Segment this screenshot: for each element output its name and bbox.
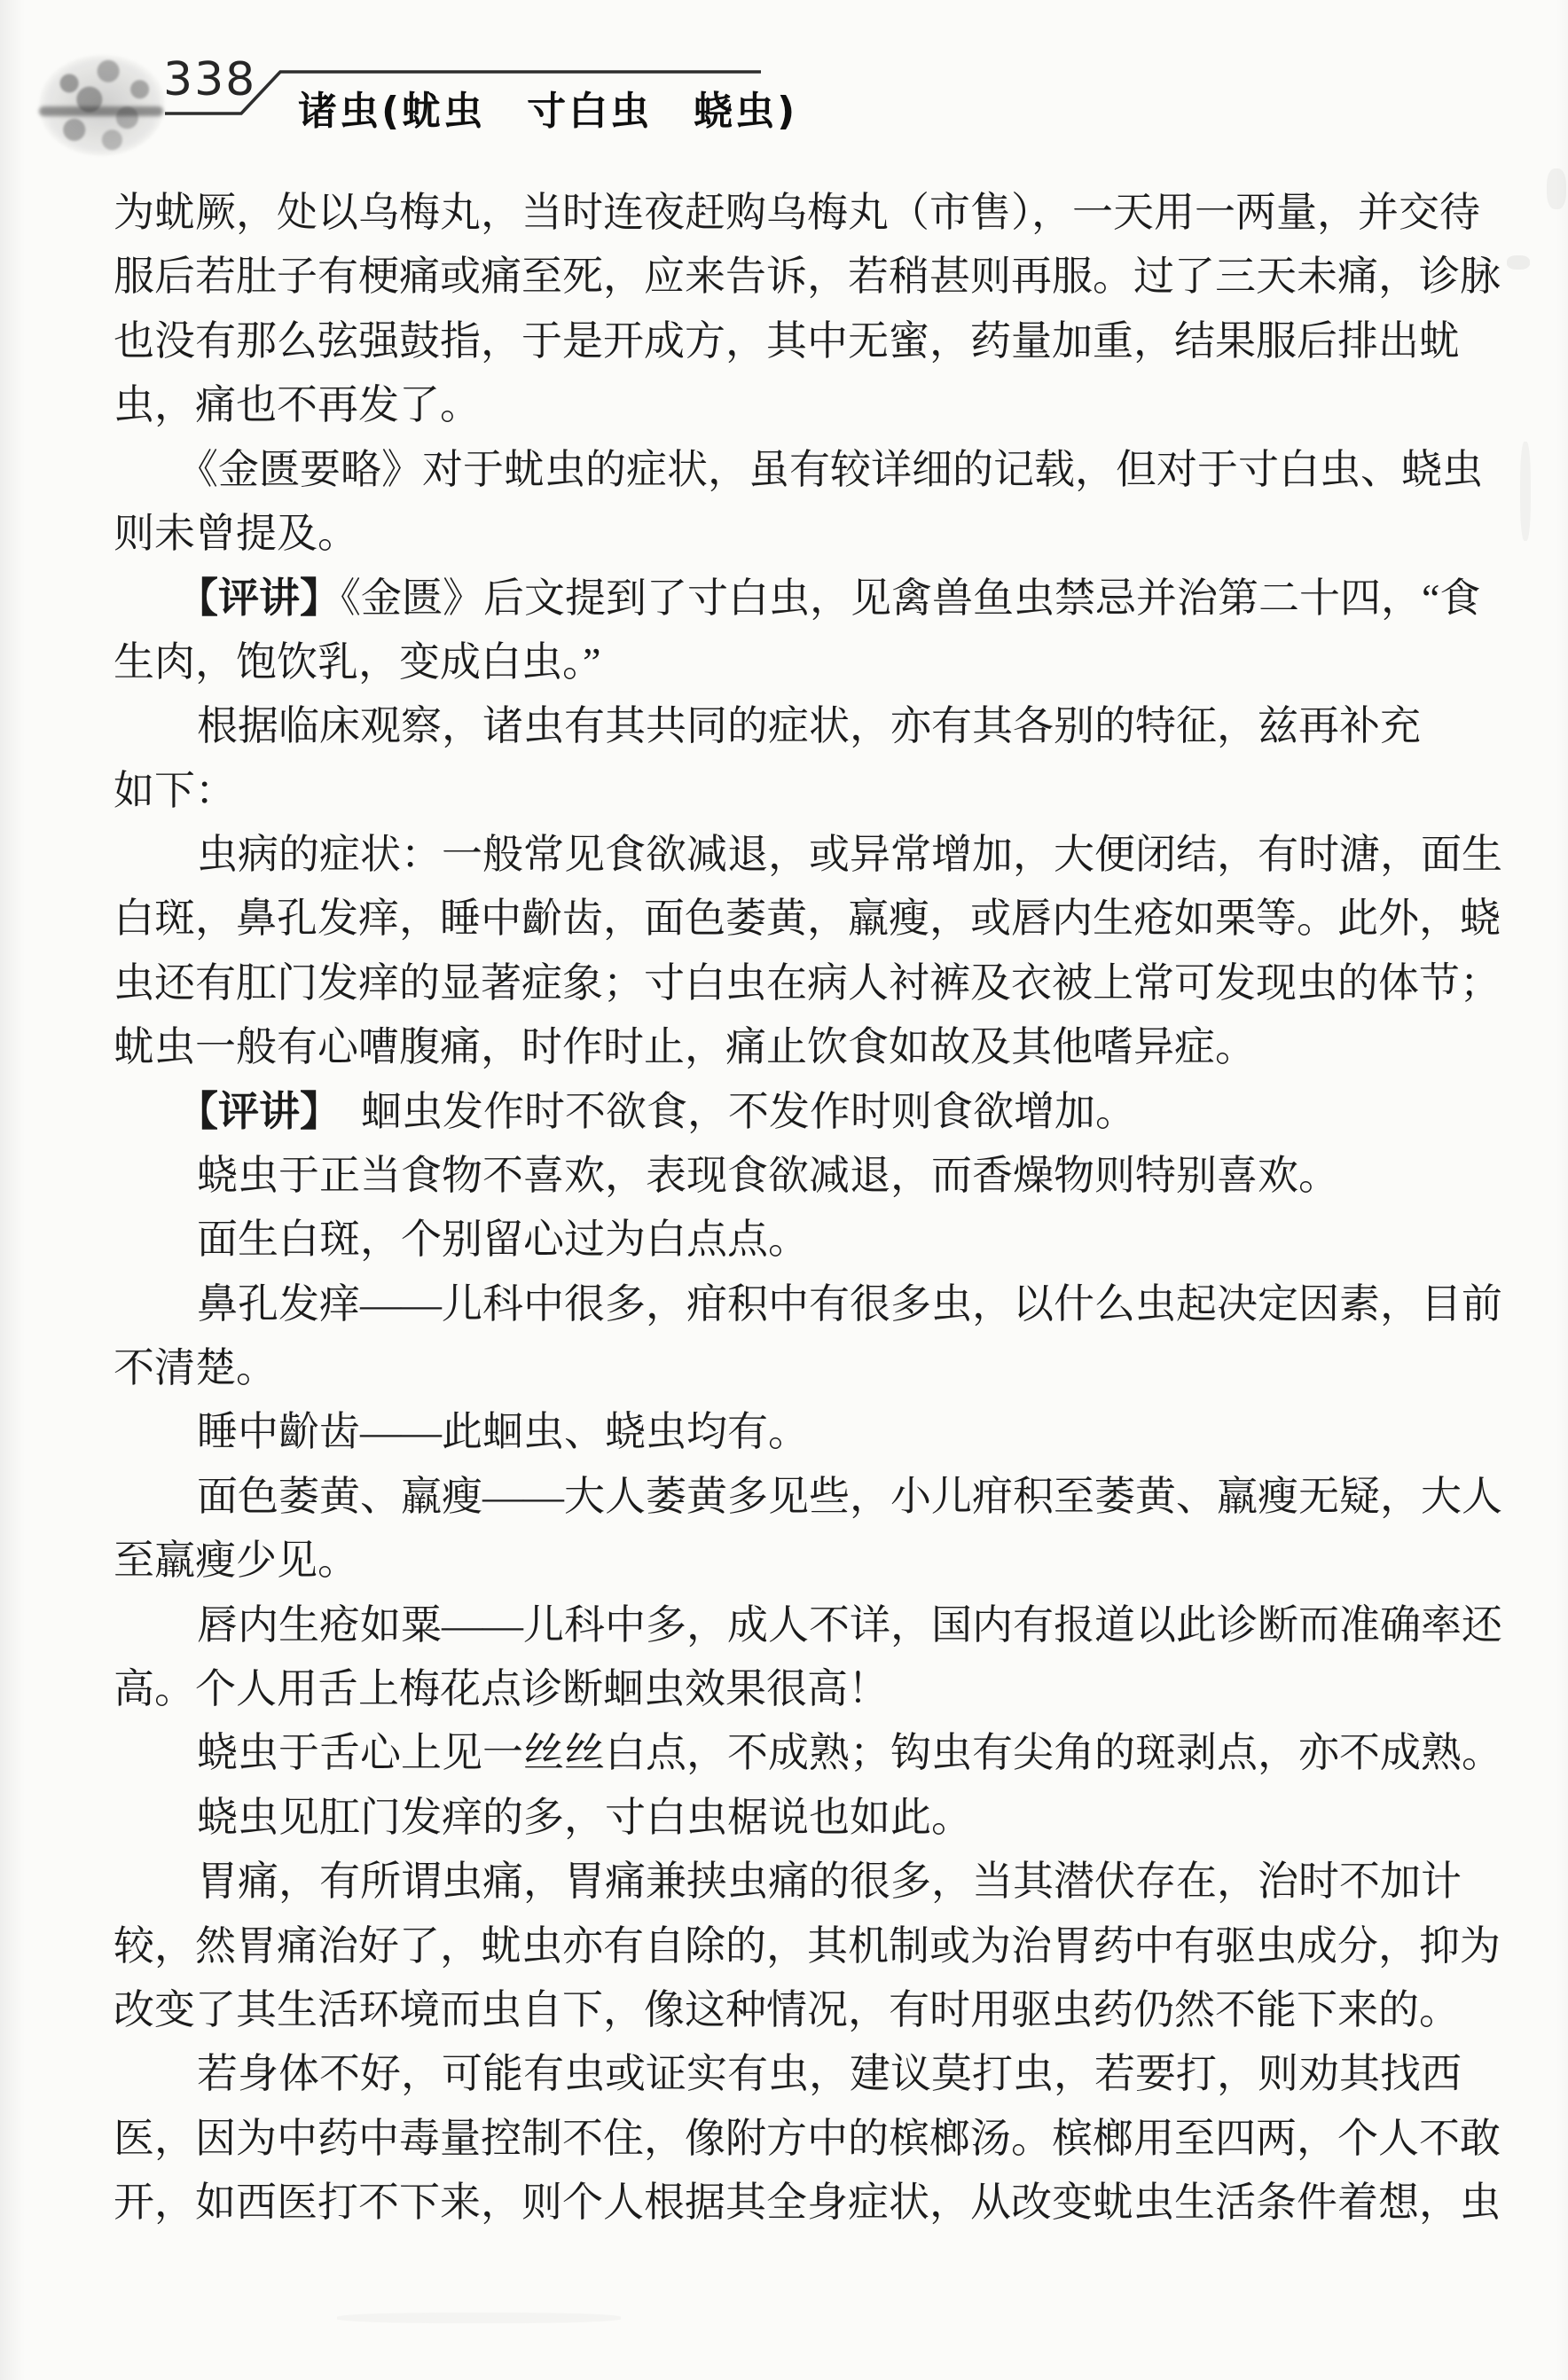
text-line: 虫病的症状：一般常见食欲减退，或异常增加，大便闭结，有时溏，面生 [114,823,1478,887]
text-line: 【评讲】 蛔虫发作时不欲食，不发作时则食欲增加。 [114,1079,1478,1143]
text-line: 【评讲】《金匮》后文提到了寸白虫，见禽兽鱼虫禁忌并治第二十四，“食 [114,566,1478,630]
text-line: 蛲虫于舌心上见一丝丝白点，不成熟；钩虫有尖角的斑剥点，亦不成熟。 [114,1721,1478,1785]
text-line: 根据临床观察，诸虫有其共同的症状，亦有其各别的特征，兹再补充 [114,694,1478,758]
scan-smudge [1547,168,1566,209]
text-line: 蚘虫一般有心嘈腹痛，时作时止，痛止饮食如故及其他嗜异症。 [114,1015,1478,1079]
text-line: 虫还有肛门发痒的显著症象；寸白虫在病人衬裤及衣被上常可发现虫的体节； [114,951,1478,1015]
text-line: 白斑，鼻孔发痒，睡中齘齿，面色萎黄，羸瘦，或唇内生疮如栗等。此外，蛲 [114,887,1478,951]
text-line: 若身体不好，可能有虫或证实有虫，建议莫打虫，若要打，则劝其找西 [114,2042,1478,2106]
text-line: 较，然胃痛治好了，蚘虫亦有自除的，其机制或为治胃药中有驱虫成分，抑为 [114,1914,1478,1978]
comment-label: 【评讲】 [177,574,341,622]
text-line: 至羸瘦少见。 [114,1529,1478,1593]
scan-smudge [1520,442,1531,541]
book-page: 338 诸虫(蚘虫 寸白虫 蛲虫) 为蚘厥，处以乌梅丸，当时连夜赶购乌梅丸（市售… [0,0,1568,2380]
text-line: 服后若肚子有梗痛或痛至死，应来告诉，若稍甚则再服。过了三天未痛，诊脉 [114,245,1478,309]
text-line: 《金匮要略》对于蚘虫的症状，虽有较详细的记载，但对于寸白虫、蛲虫 [114,438,1478,502]
comment-label: 【评讲】 [177,1087,320,1135]
text-line: 为蚘厥，处以乌梅丸，当时连夜赶购乌梅丸（市售），一天用一两量，并交待 [114,181,1478,245]
text-line: 生肉，饱饮乳，变成白虫。” [114,630,1478,694]
text-line: 虫，痛也不再发了。 [114,373,1478,437]
text-line: 睡中齘齿——此蛔虫、蛲虫均有。 [114,1400,1478,1464]
chapter-title: 诸虫(蚘虫 寸白虫 蛲虫) [298,89,797,135]
text-line: 医，因为中药中毒量控制不住，像附方中的槟榔汤。槟榔用至四两，个人不敢 [114,2107,1478,2171]
body-lines: 为蚘厥，处以乌梅丸，当时连夜赶购乌梅丸（市售），一天用一两量，并交待服后若肚子有… [114,181,1478,2235]
text-line: 开，如西医打不下来，则个人根据其全身症状，从改变蚘虫生活条件着想，虫 [114,2171,1478,2235]
text-line: 则未曾提及。 [114,502,1478,566]
scan-smudge [337,2313,621,2323]
text-line: 鼻孔发痒——儿科中很多，疳积中有很多虫，以什么虫起决定因素，目前 [114,1272,1478,1336]
scan-smudge [1507,255,1530,270]
text-line: 不清楚。 [114,1336,1478,1400]
text-line: 如下： [114,759,1478,823]
text-line: 面生白斑，个别留心过为白点点。 [114,1208,1478,1272]
text-line: 蛲虫于正当食物不喜欢，表现食欲减退，而香燥物则特别喜欢。 [114,1144,1478,1208]
text-line: 改变了其生活环境而虫自下，像这种情况，有时用驱虫药仍然不能下来的。 [114,1978,1478,2042]
text-line: 唇内生疮如粟——儿科中多，成人不详，国内有报道以此诊断而准确率还 [114,1593,1478,1657]
text-line: 胃痛，有所谓虫痛，胃痛兼挟虫痛的很多，当其潜伏存在，治时不加计 [114,1850,1478,1914]
text-line: 高。个人用舌上梅花点诊断蛔虫效果很高！ [114,1657,1478,1721]
text-line: 蛲虫见肛门发痒的多，寸白虫椐说也如此。 [114,1786,1478,1850]
text-line: 也没有那么弦强鼓指，于是开成方，其中无蜜，药量加重，结果服后排出蚘 [114,309,1478,373]
text-line: 面色萎黄、羸瘦——大人萎黄多见些，小儿疳积至萎黄、羸瘦无疑，大人 [114,1465,1478,1529]
